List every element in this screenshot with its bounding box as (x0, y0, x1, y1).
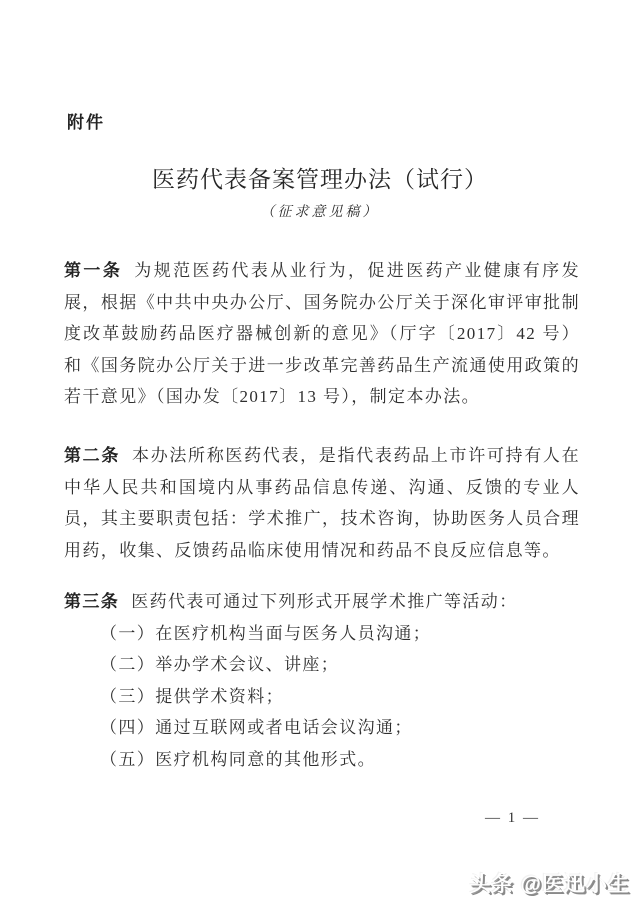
article-1-label: 第一条 (64, 261, 122, 280)
document-subtitle: （征求意见稿） (0, 201, 640, 221)
article-1: 第一条为规范医药代表从业行为，促进医药产业健康有序发展，根据《中共中央办公厅、国… (64, 255, 580, 413)
document-title: 医药代表备案管理办法（试行） (0, 161, 640, 194)
article-3: 第三条医药代表可通过下列形式开展学术推广等活动： （一）在医疗机构当面与医务人员… (64, 586, 580, 775)
article-3-text: 医药代表可通过下列形式开展学术推广等活动： (131, 592, 517, 611)
article-2-label: 第二条 (64, 446, 120, 465)
watermark: 头条 @医迅小生 (470, 868, 630, 898)
clause-item-5: （五）医疗机构同意的其他形式。 (64, 744, 580, 776)
clause-item-1: （一）在医疗机构当面与医务人员沟通； (64, 618, 580, 650)
page-number: — 1 — (0, 810, 540, 827)
clause-item-4: （四）通过互联网或者电话会议沟通； (64, 712, 580, 744)
document-page: 附件 医药代表备案管理办法（试行） （征求意见稿） 第一条为规范医药代表从业行为… (0, 0, 640, 904)
attachment-label: 附件 (67, 108, 105, 133)
clause-item-2: （二）举办学术会议、讲座； (64, 649, 580, 681)
article-3-label: 第三条 (64, 592, 119, 611)
article-2-text: 本办法所称医药代表，是指代表药品上市许可持有人在中华人民共和国境内从事药品信息传… (64, 446, 580, 560)
clause-item-3: （三）提供学术资料； (64, 681, 580, 713)
article-1-text: 为规范医药代表从业行为，促进医药产业健康有序发展，根据《中共中央办公厅、国务院办… (64, 261, 580, 406)
article-2: 第二条本办法所称医药代表，是指代表药品上市许可持有人在中华人民共和国境内从事药品… (64, 440, 580, 566)
